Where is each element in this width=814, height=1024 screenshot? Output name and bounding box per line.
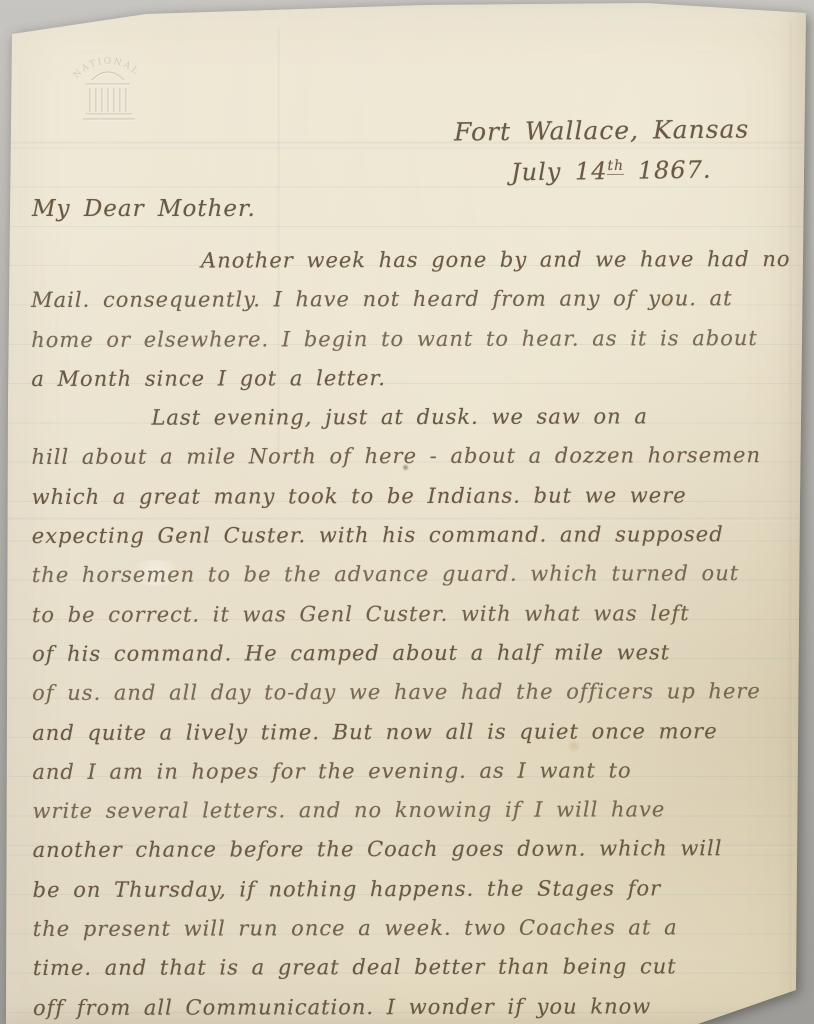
letter-line: Another week has gone by and we have had… [31,240,795,281]
date-month-day: July 14 [511,157,608,186]
letter-line: of his command. He camped about a half m… [32,633,796,674]
letter-line: home or elsewhere. I begin to want to he… [31,319,795,360]
letter-line: time. and that is a great deal better th… [33,947,797,988]
letter-line: the present will run once a week. two Co… [33,908,797,949]
embossed-seal-icon: NATIONAL [62,40,154,138]
letter-line: and quite a lively time. But now all is … [32,712,796,753]
letter-line: and I am in hopes for the evening. as I … [32,751,796,792]
letter-line: the horsemen to be the advance guard. wh… [32,554,796,595]
letter-line: a Month since I got a letter. [31,358,795,399]
seal-arc-text: NATIONAL [72,57,142,81]
date-ordinal: th [607,158,624,175]
letter-paper: NATIONAL Fort Wallace, Kansas July 14th … [6,0,810,1024]
letter-line: expecting Genl Custer. with his command.… [32,515,796,556]
date-year: 1867. [638,156,712,185]
letter-body: Another week has gone by and we have had… [31,240,797,1024]
letter-line: be on Thursday, if nothing happens. the … [33,869,797,910]
letter-line: which a great many took to be Indians. b… [32,476,796,517]
letter-line: another chance before the Coach goes dow… [33,829,797,870]
letter-date-line: July 14th 1867. [511,156,712,187]
letter-salutation: My Dear Mother. [32,196,256,222]
letter-photo: NATIONAL Fort Wallace, Kansas July 14th … [6,0,810,1024]
letter-line: Last evening, just at dusk. we saw on a [31,397,795,438]
svg-text:NATIONAL: NATIONAL [72,57,142,81]
letter-line: Mail. consequently. I have not heard fro… [31,279,795,320]
letter-line: to be correct. it was Genl Custer. with … [32,594,796,635]
letter-line: write several letters. and no knowing if… [32,790,796,831]
letter-place-line: Fort Wallace, Kansas [454,114,750,146]
letter-line: hill about a mile North of here - about … [31,436,795,477]
letter-line: off from all Communication. I wonder if … [33,987,797,1024]
letter-line: of us. and all day to-day we have had th… [32,672,796,713]
